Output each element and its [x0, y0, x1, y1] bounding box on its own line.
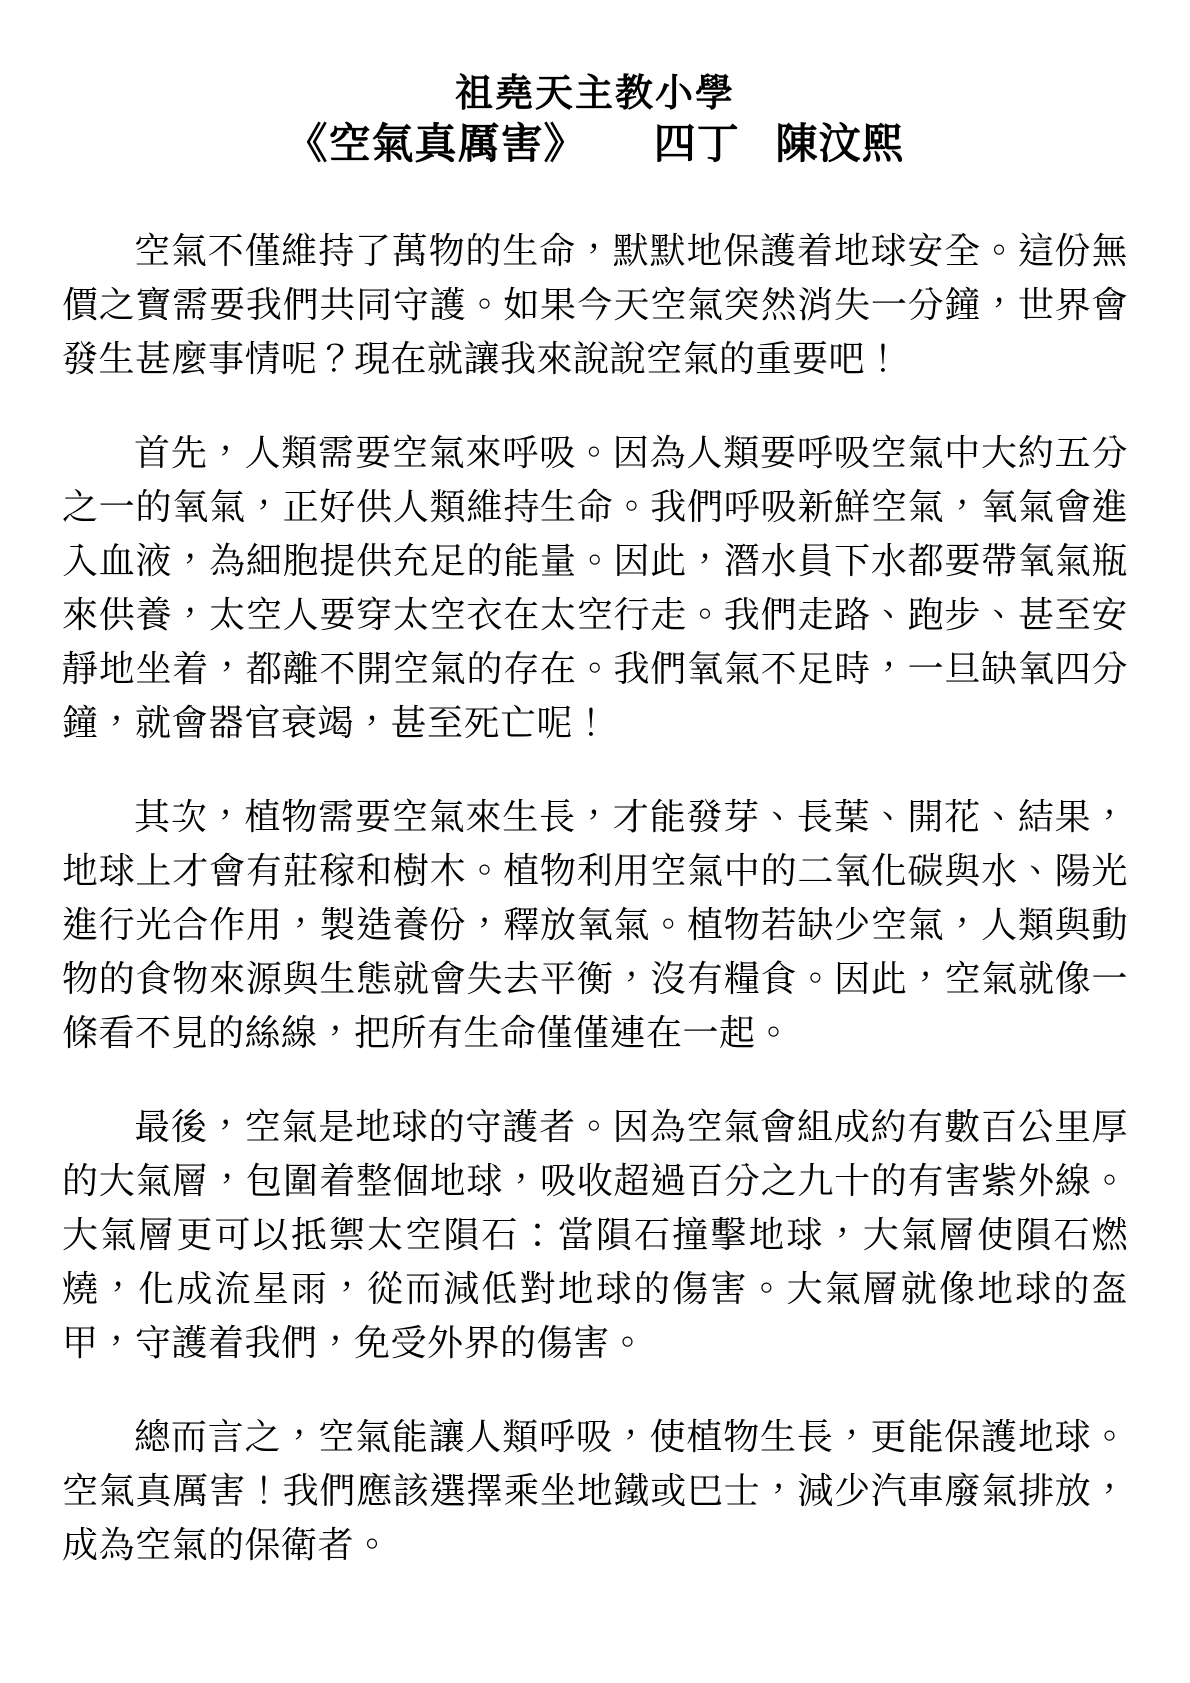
essay-title: 《空氣真厲害》	[286, 120, 587, 167]
essay-paragraph: 總而言之，空氣能讓人類呼吸，使植物生長，更能保護地球。空氣真厲害！我們應該選擇乘…	[62, 1410, 1128, 1572]
author-name: 陳汶熙	[775, 120, 904, 167]
school-name: 祖堯天主教小學	[62, 70, 1128, 118]
essay-body: 空氣不僅維持了萬物的生命，默默地保護着地球安全。這份無價之寶需要我們共同守護。如…	[62, 224, 1128, 1572]
class-label: 四丁	[654, 120, 740, 167]
document-header: 祖堯天主教小學 《空氣真厲害》四丁陳汶熙	[62, 70, 1128, 170]
essay-paragraph: 其次，植物需要空氣來生長，才能發芽、長葉、開花、結果，地球上才會有莊稼和樹木。植…	[62, 790, 1128, 1060]
document-page: 祖堯天主教小學 《空氣真厲害》四丁陳汶熙 空氣不僅維持了萬物的生命，默默地保護着…	[0, 0, 1190, 1683]
essay-paragraph: 最後，空氣是地球的守護者。因為空氣會組成約有數百公里厚的大氣層，包圍着整個地球，…	[62, 1100, 1128, 1370]
essay-paragraph: 空氣不僅維持了萬物的生命，默默地保護着地球安全。這份無價之寶需要我們共同守護。如…	[62, 224, 1128, 386]
essay-paragraph: 首先，人類需要空氣來呼吸。因為人類要呼吸空氣中大約五分之一的氧氣，正好供人類維持…	[62, 426, 1128, 750]
title-line: 《空氣真厲害》四丁陳汶熙	[62, 118, 1128, 170]
